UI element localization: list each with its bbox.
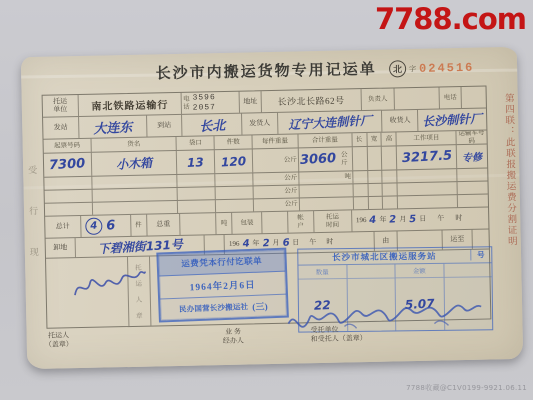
packing-empty [262, 212, 288, 234]
haul-to-label: 运至 [450, 236, 464, 244]
serial-block: 北 字 024516 [389, 59, 475, 78]
date-prefix: 196 [229, 240, 240, 248]
phone-label: 电话 [183, 96, 190, 110]
footer-consignor-line2: （盖章） [45, 340, 73, 349]
circled-number: 4 [85, 217, 103, 235]
to-station-value: 长北 [198, 115, 225, 135]
strip-char: 人 [136, 295, 143, 304]
manager-value-empty [395, 87, 440, 109]
header-width: 宽 [371, 136, 378, 143]
left-margin-char: 受 [28, 163, 37, 176]
header-bags: 袋口 [189, 139, 202, 146]
shipper-value: 辽宁大连制针厂 [288, 111, 373, 133]
header-goods-name: 货名 [127, 141, 140, 148]
pieces-value: 120 [221, 154, 247, 169]
kg-unit: 公斤 [338, 152, 351, 167]
month-handwritten: 2 [389, 214, 397, 225]
month-label: 月 [399, 216, 406, 224]
stamp2-title: 长沙市城北区搬运服务站 [298, 249, 470, 263]
header-unit-weight: 每件重量 [262, 138, 288, 146]
footer-handler-label: 业 务 经办人 [223, 328, 244, 346]
serial-suffix: 字 [409, 63, 416, 73]
from-label: 由 [382, 237, 389, 245]
kg-unit: 公斤 [284, 175, 297, 182]
kg-unit: 公斤 [285, 201, 298, 208]
left-margin-note: 受 行 现 [28, 163, 39, 258]
length-empty [352, 147, 367, 170]
footer-trustee-label: 受托单位 和受托人（盖章） [310, 325, 366, 344]
consignor-label: 托运单位 [53, 98, 67, 114]
manager-label: 负责人 [368, 95, 388, 103]
total-weight-empty [181, 213, 217, 235]
width-empty [367, 147, 382, 170]
address-value: 长沙北长路62号 [277, 93, 344, 107]
footer-trustee-line2: 和受托人（盖章） [311, 334, 367, 343]
month-label: 月 [272, 239, 279, 247]
payment-stamp: 运费凭本行付讫联单 1964年2月6日 民办国营长沙搬运社 (三) [156, 248, 289, 323]
phone2-label: 电话 [444, 94, 457, 101]
left-margin-char: 现 [30, 245, 39, 258]
pieces-unit-label: 件 [135, 222, 142, 229]
strip-char: 章 [136, 311, 143, 320]
copy-note-vertical: 第四联：此联报搬运费分割证明 [501, 93, 520, 325]
footer-handler-line1: 业 务 [225, 328, 241, 336]
stamp-line3: 民办国营长沙搬运社 (三) [160, 295, 287, 320]
stamp-org: 民办国营长沙搬运社 [179, 301, 249, 315]
total-pieces-value: 6 [106, 218, 116, 233]
consignor-org: 南北铁路运输行 [91, 96, 168, 113]
waybill-document: 长沙市内搬运货物专用记运单 北 字 024516 受 行 现 第四联：此联报搬运… [21, 47, 523, 369]
account-label: 帐户 [297, 215, 304, 229]
serial-number: 024516 [419, 60, 474, 75]
packing-label: 包装 [240, 219, 253, 226]
ton-unit: 吨 [344, 174, 351, 181]
unload-label: 卸地 [53, 244, 67, 252]
day-label: 日 [292, 239, 299, 247]
document-title: 长沙市内搬运货物专用记运单 [126, 57, 406, 84]
from-station-label: 发站 [54, 124, 68, 132]
receiver-label: 收货人 [390, 117, 411, 125]
footer-consignor-line1: 托运人 [48, 331, 69, 339]
stamp2-col1-label: 数量 [298, 265, 346, 280]
from-station-value: 大连东 [92, 116, 132, 137]
ticket-no-value: 7300 [49, 156, 86, 173]
left-margin-char: 行 [29, 204, 38, 217]
consign-time-label: 托运时间 [326, 214, 339, 229]
photo-background: { "watermark": {"site":"7788.com","code"… [0, 0, 533, 400]
day-handwritten: 5 [409, 214, 417, 225]
header-pieces: 件数 [227, 139, 240, 146]
header-work-item: 工作项目 [413, 134, 439, 142]
hour-label: 时 [455, 215, 462, 223]
stamp2-col4-label [444, 263, 492, 278]
stamp2-col2-label [347, 264, 395, 279]
hour-label: 时 [326, 238, 333, 246]
header-height: 高 [386, 135, 393, 142]
photo-id-watermark: 7788收藏@C1V0199-9921.06.11 [406, 383, 527, 393]
date-prefix: 196 [356, 217, 367, 225]
footer-handler-line2: 经办人 [223, 336, 244, 344]
phone-numbers: 35962057 [192, 93, 216, 112]
year-label: 年 [379, 216, 386, 224]
total-weight-value: 3060 [299, 151, 336, 168]
noon-label: 午 [437, 215, 444, 223]
footer-consignor-label: 托运人 （盖章） [45, 331, 73, 349]
vehicle-value: 专修 [462, 148, 483, 164]
day-label: 日 [419, 215, 426, 223]
year-label: 年 [252, 240, 259, 248]
header-ticket-no: 起票号码 [54, 142, 80, 150]
header-vehicle-no: 运输车号码 [458, 130, 486, 144]
stamp2-unit: 号 [470, 249, 491, 260]
consign-time-value: 196 4 年 2 月 5 日 午 时 [352, 207, 489, 231]
total-label: 总计 [56, 223, 70, 231]
shipper-label: 发货人 [249, 120, 270, 128]
address-label: 地址 [243, 98, 257, 106]
year-handwritten: 4 [369, 215, 377, 226]
noon-label: 午 [309, 239, 316, 247]
ton-unit-label: 吨 [221, 220, 228, 227]
site-watermark: 7788.com [375, 2, 526, 36]
header-length: 长 [356, 136, 363, 143]
bags-value: 13 [187, 155, 204, 170]
receiver-value: 长沙制针厂 [422, 110, 483, 130]
height-empty [382, 146, 397, 169]
district-seal-icon: 北 [389, 60, 406, 77]
phone2-value-empty [462, 87, 486, 108]
stamp-copy-tag: (三) [252, 299, 268, 313]
to-station-label: 到站 [157, 122, 171, 130]
work-item-value: 3217.5 [401, 148, 452, 166]
kg-unit: 公斤 [284, 188, 297, 195]
kg-unit: 公斤 [284, 156, 297, 163]
stamp2-col3-label: 金额 [395, 264, 443, 279]
total-weight-label: 总重 [156, 221, 170, 229]
goods-name-value: 小木箱 [116, 154, 153, 173]
header-total-weight: 合计重量 [312, 137, 338, 145]
footer-trustee-line1: 受托单位 [310, 326, 338, 335]
